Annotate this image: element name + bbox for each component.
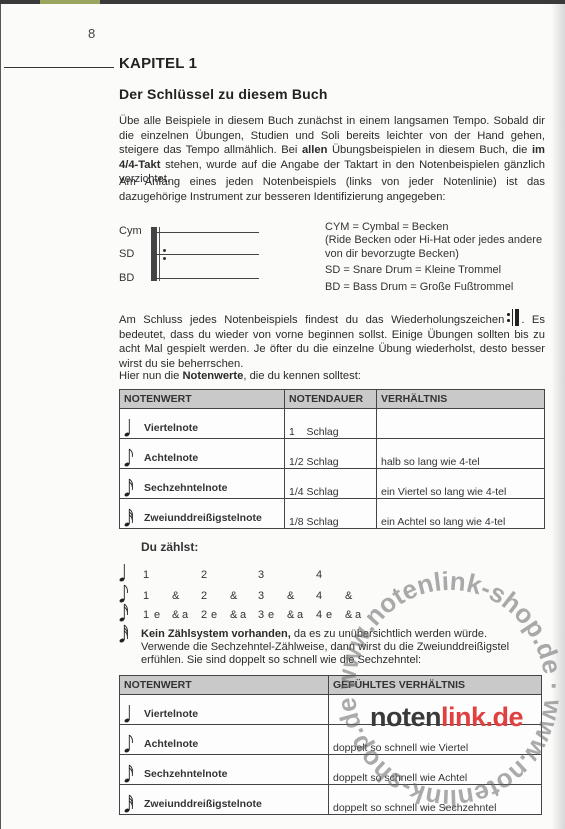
quarter-note-icon — [124, 704, 136, 724]
count-syllable: & — [230, 590, 237, 602]
count-syllable: e — [154, 609, 160, 621]
column-header: NOTENWERT — [120, 390, 285, 409]
count-syllable: e — [268, 609, 274, 621]
repeat-dot — [163, 249, 166, 252]
scan-highlight — [40, 0, 100, 4]
chapter-rule — [4, 67, 114, 68]
eighth-note-icon — [124, 734, 136, 754]
repeat-paragraph: Am Schluss jedes Notenbeispiels findest … — [119, 309, 545, 371]
count-syllable: a — [297, 609, 303, 621]
instrument-legend: CYM = Cymbal = Becken (Ride Becken oder … — [325, 221, 550, 297]
count-syllable: & — [345, 609, 352, 621]
count-syllable: & — [287, 609, 294, 621]
count-syllable: 4 — [316, 569, 322, 581]
table-header-row: NOTENWERT NOTENDAUER VERHÄLTNIS — [120, 390, 545, 409]
legend-item: BD = Bass Drum = Große Fußtrommel — [325, 281, 550, 294]
staff-line — [151, 278, 259, 279]
page-right-shadow — [551, 4, 565, 829]
column-header: GEFÜHLTES VERHÄLTNIS — [329, 676, 542, 695]
count-syllable: 1 — [143, 590, 149, 602]
staff-line — [151, 254, 259, 255]
count-syllable: e — [211, 609, 217, 621]
eighth-note-icon — [119, 584, 131, 604]
count-syllable: 1 — [143, 569, 149, 581]
count-syllable: 2 — [201, 569, 207, 581]
column-header: NOTENWERT — [120, 676, 329, 695]
quarter-note-icon — [124, 418, 136, 438]
scan-top-edge — [0, 0, 565, 4]
drum-staff-diagram: Cym SD BD — [119, 222, 269, 290]
table-row: Viertelnote — [120, 695, 542, 725]
thirtysecond-note-icon — [119, 624, 131, 644]
staff-label-sd: SD — [119, 248, 134, 260]
count-syllable: 2 — [201, 590, 207, 602]
count-syllable: a — [182, 609, 188, 621]
page-number: 8 — [88, 26, 95, 41]
legend-item: (Ride Becken oder Hi-Hat oder jedes ande… — [325, 234, 550, 261]
counting-title: Du zählst: — [141, 540, 198, 554]
sixteenth-note-icon — [124, 764, 136, 784]
count-syllable: 3 — [258, 609, 264, 621]
count-syllable: a — [355, 609, 361, 621]
table-header-row: NOTENWERT GEFÜHLTES VERHÄLTNIS — [120, 676, 542, 695]
count-syllable: & — [287, 590, 294, 602]
no-count-system-text: Kein Zählsystem vorhanden, da es zu unüb… — [141, 628, 531, 667]
section-title: Der Schlüssel zu diesem Buch — [119, 86, 328, 102]
count-syllable: 4 — [316, 609, 322, 621]
count-syllable: & — [345, 590, 352, 602]
felt-ratio-table: NOTENWERT GEFÜHLTES VERHÄLTNIS Viertelno… — [119, 675, 542, 815]
sixteenth-note-icon — [119, 603, 131, 623]
page-left-edge — [0, 4, 1, 829]
legend-item: CYM = Cymbal = Becken — [325, 221, 550, 234]
count-syllable: 2 — [201, 609, 207, 621]
table-row: Zweiunddreißigstelnote doppelt so schnel… — [120, 785, 542, 815]
note-values-table: NOTENWERT NOTENDAUER VERHÄLTNIS Vierteln… — [119, 389, 545, 529]
staff-label-cym: Cym — [119, 225, 142, 237]
quarter-note-icon — [119, 563, 131, 583]
count-syllable: 1 — [143, 609, 149, 621]
staff-line — [151, 232, 259, 233]
staff-label-bd: BD — [119, 272, 134, 284]
table-row: Sechzehntelnote 1/4 Schlag ein Viertel s… — [120, 469, 545, 499]
table-row: Achtelnote doppelt so schnell wie Vierte… — [120, 725, 542, 755]
count-syllable: & — [172, 590, 179, 602]
chapter-heading: KAPITEL 1 — [119, 55, 197, 72]
count-syllable: 4 — [316, 590, 322, 602]
count-syllable: e — [326, 609, 332, 621]
count-syllable: & — [230, 609, 237, 621]
column-header: VERHÄLTNIS — [377, 390, 545, 409]
count-syllable: & — [172, 609, 179, 621]
legend-item: SD = Snare Drum = Kleine Trommel — [325, 264, 550, 277]
repeat-sign-icon — [507, 309, 521, 326]
instrument-paragraph: Am Anfang eines jeden Notenbeispiels (li… — [119, 175, 545, 204]
table-row: Viertelnote 1 Schlag — [120, 409, 545, 439]
table-row: Achtelnote 1/2 Schlag halb so lang wie 4… — [120, 439, 545, 469]
table-row: Sechzehntelnote doppelt so schnell wie A… — [120, 755, 542, 785]
table-row: Zweiunddreißigstelnote 1/8 Schlag ein Ac… — [120, 499, 545, 529]
thirtysecond-note-icon — [124, 794, 136, 814]
count-syllable: 3 — [258, 569, 264, 581]
count-syllable: a — [240, 609, 246, 621]
count-syllable: 3 — [258, 590, 264, 602]
column-header: NOTENDAUER — [285, 390, 377, 409]
note-values-intro: Hier nun die Notenwerte, die du kennen s… — [119, 369, 545, 384]
sixteenth-note-icon — [124, 478, 136, 498]
repeat-dot — [163, 257, 166, 260]
thirtysecond-note-icon — [124, 508, 136, 528]
eighth-note-icon — [124, 448, 136, 468]
